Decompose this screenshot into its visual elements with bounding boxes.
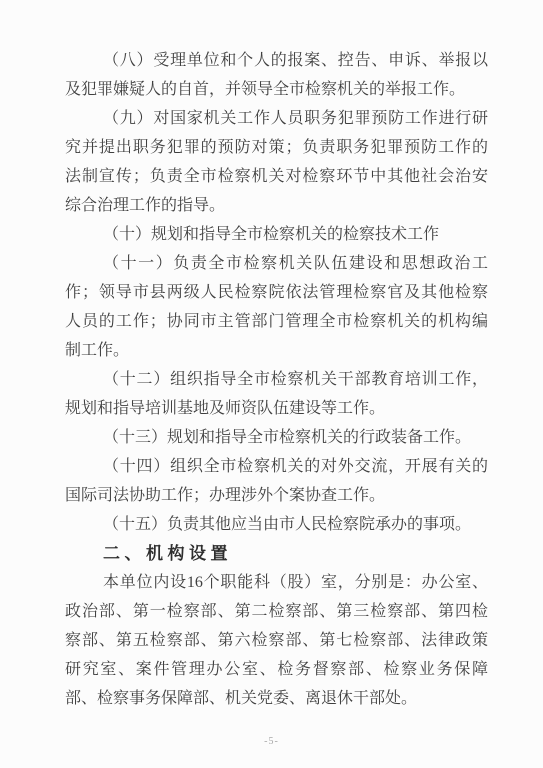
document-page: （八）受理单位和个人的报案、控告、申诉、举报以 及犯罪嫌疑人的自首，并领导全市检… (0, 0, 543, 768)
text-line: 政治部、第一检察部、第二检察部、第三检察部、第四检 (65, 597, 488, 626)
text-line: 法制宣传；负责全市检察机关对检察环节中其他社会治安 (65, 162, 488, 191)
text-line: 研究室、案件管理办公室、检务督察部、检察业务保障 (65, 655, 488, 684)
section-heading: 二、机构设置 (65, 539, 488, 568)
text-line: 人员的工作；协同市主管部门管理全市检察机关的机构编 (65, 307, 488, 336)
page-number: -5- (0, 736, 543, 747)
text-line: （十五）负责其他应当由市人民检察院承办的事项。 (65, 510, 488, 539)
text-line: （十）规划和指导全市检察机关的检察技术工作 (65, 220, 488, 249)
text-line: 部、检察事务保障部、机关党委、离退休干部处。 (65, 684, 488, 713)
text-line: 规划和指导培训基地及师资队伍建设等工作。 (65, 394, 488, 423)
text-line: 究并提出职务犯罪的预防对策；负责职务犯罪预防工作的 (65, 133, 488, 162)
text-line: 综合治理工作的指导。 (65, 191, 488, 220)
document-body: （八）受理单位和个人的报案、控告、申诉、举报以 及犯罪嫌疑人的自首，并领导全市检… (65, 46, 488, 713)
text-line: 及犯罪嫌疑人的自首，并领导全市检察机关的举报工作。 (65, 75, 488, 104)
text-line: 国际司法协助工作；办理涉外个案协查工作。 (65, 481, 488, 510)
text-line: （十一）负责全市检察机关队伍建设和思想政治工 (65, 249, 488, 278)
text-line: 本单位内设16个职能科（股）室，分别是：办公室、 (65, 568, 488, 597)
text-line: （十三）规划和指导全市检察机关的行政装备工作。 (65, 423, 488, 452)
text-line: 制工作。 (65, 336, 488, 365)
text-line: 作；领导市县两级人民检察院依法管理检察官及其他检察 (65, 278, 488, 307)
text-line: （十四）组织全市检察机关的对外交流，开展有关的 (65, 452, 488, 481)
text-line: 察部、第五检察部、第六检察部、第七检察部、法律政策 (65, 626, 488, 655)
text-line: （九）对国家机关工作人员职务犯罪预防工作进行研 (65, 104, 488, 133)
text-line: （八）受理单位和个人的报案、控告、申诉、举报以 (65, 46, 488, 75)
text-line: （十二）组织指导全市检察机关干部教育培训工作， (65, 365, 488, 394)
